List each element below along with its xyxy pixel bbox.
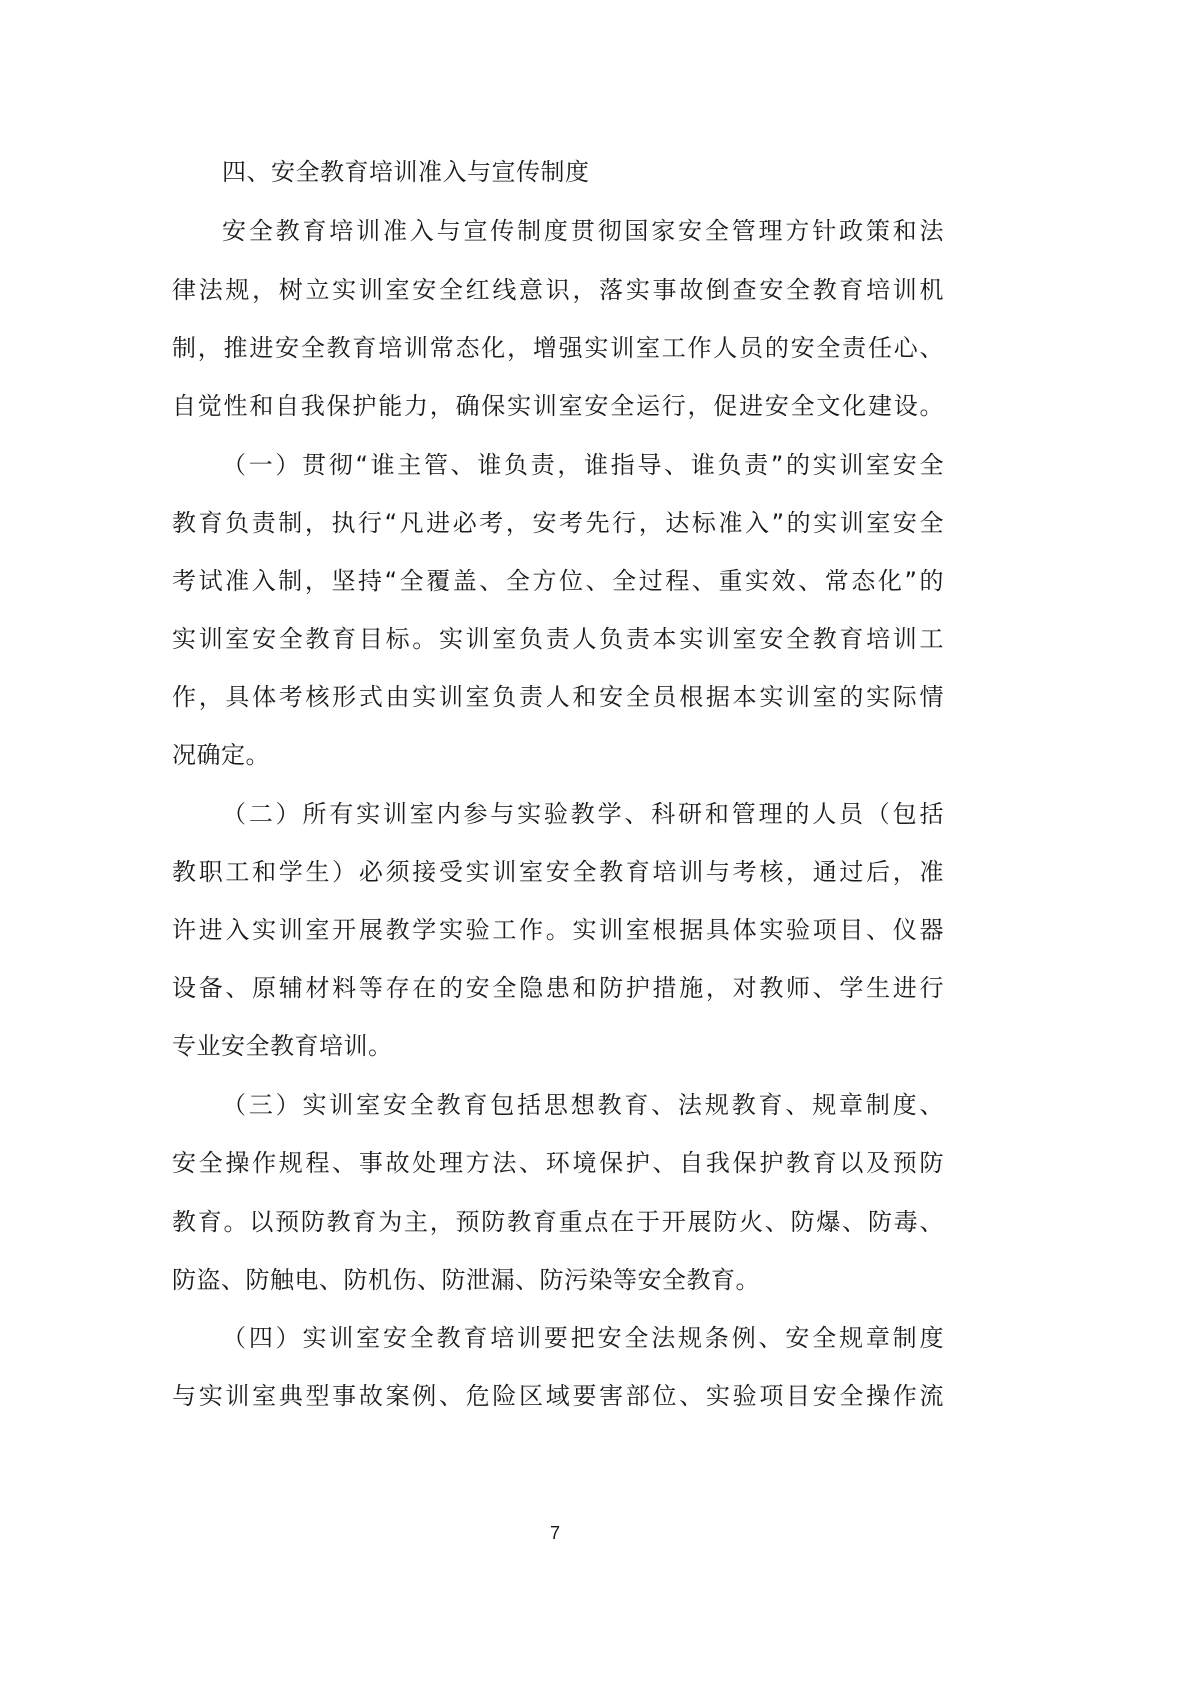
paragraph-line: （四）实训室安全教育培训要把安全法规条例、安全规章制度 (222, 1323, 944, 1353)
paragraph-line: 教育负责制，执行“凡进必考，安考先行，达标准入”的实训室安全 (172, 508, 944, 538)
paragraph-line: 自觉性和自我保护能力，确保实训室安全运行，促进安全文化建设。 (172, 391, 944, 421)
paragraph-line: 实训室安全教育目标。实训室负责人负责本实训室安全教育培训工 (172, 624, 944, 654)
paragraph-line: 作，具体考核形式由实训室负责人和安全员根据本实训室的实际情 (172, 682, 944, 712)
paragraph-line: 防盗、防触电、防机伤、防泄漏、防污染等安全教育。 (172, 1265, 944, 1295)
section-heading: 四、安全教育培训准入与宣传制度 (222, 157, 590, 187)
paragraph-line: （一）贯彻“谁主管、谁负责，谁指导、谁负责”的实训室安全 (222, 450, 944, 480)
paragraph-line: 制，推进安全教育培训常态化，增强实训室工作人员的安全责任心、 (172, 333, 944, 363)
paragraph-line: 设备、原辅材料等存在的安全隐患和防护措施，对教师、学生进行 (172, 973, 944, 1003)
paragraph-line: 安全教育培训准入与宣传制度贯彻国家安全管理方针政策和法 (222, 216, 944, 246)
paragraph-line: 安全操作规程、事故处理方法、环境保护、自我保护教育以及预防 (172, 1148, 944, 1178)
paragraph-line: （三）实训室安全教育包括思想教育、法规教育、规章制度、 (222, 1090, 944, 1120)
paragraph-line: 专业安全教育培训。 (172, 1031, 944, 1061)
paragraph-line: 教育。以预防教育为主，预防教育重点在于开展防火、防爆、防毒、 (172, 1207, 944, 1237)
paragraph-line: 许进入实训室开展教学实验工作。实训室根据具体实验项目、仪器 (172, 915, 944, 945)
paragraph-line: 律法规，树立实训室安全红线意识，落实事故倒查安全教育培训机 (172, 275, 944, 305)
paragraph-line: 教职工和学生）必须接受实训室安全教育培训与考核，通过后，准 (172, 857, 944, 887)
paragraph-line: 考试准入制，坚持“全覆盖、全方位、全过程、重实效、常态化”的 (172, 566, 944, 596)
document-page: 四、安全教育培训准入与宣传制度 安全教育培训准入与宣传制度贯彻国家安全管理方针政… (0, 0, 1190, 1683)
paragraph-line: 况确定。 (172, 740, 944, 770)
page-number: 7 (0, 1523, 1110, 1544)
paragraph-line: 与实训室典型事故案例、危险区域要害部位、实验项目安全操作流 (172, 1381, 944, 1411)
paragraph-line: （二）所有实训室内参与实验教学、科研和管理的人员（包括 (222, 799, 944, 829)
